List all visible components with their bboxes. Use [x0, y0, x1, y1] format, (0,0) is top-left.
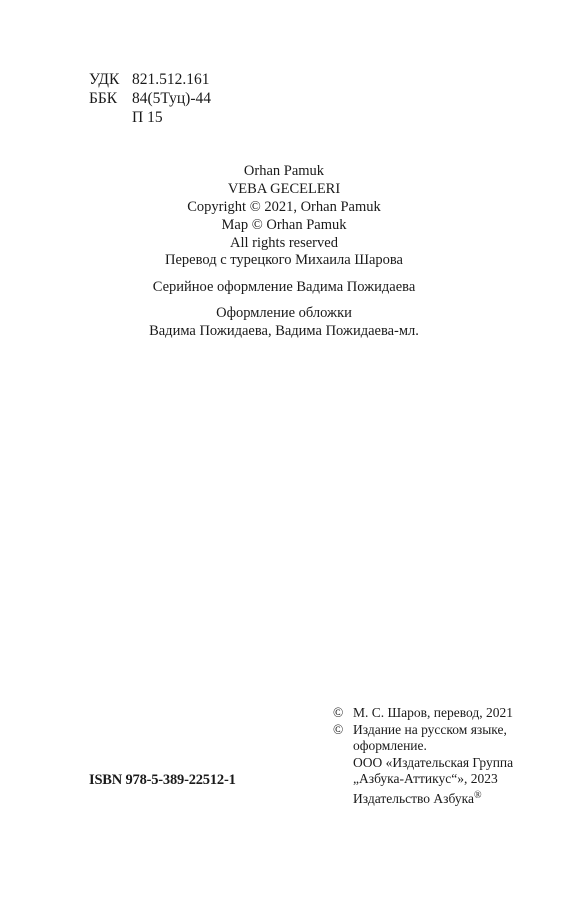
original-title: VEBA GECELERI	[0, 180, 568, 198]
publisher-imprint: Издательство Азбука®	[333, 788, 513, 808]
bbk-label: ББК	[89, 89, 132, 108]
copyright-translation-text: М. С. Шаров, перевод, 2021	[353, 705, 513, 722]
author-mark-row: П 15	[89, 108, 211, 127]
cover-design-title: Оформление обложки	[0, 304, 568, 322]
translation-credit: Перевод с турецкого Михаила Шарова	[0, 251, 568, 269]
author-mark: П 15	[132, 108, 163, 127]
series-design-credit: Серийное оформление Вадима Пожидаева	[0, 278, 568, 296]
publisher-group: ООО «Издательская Группа	[333, 755, 513, 772]
registered-trademark-icon: ®	[474, 790, 482, 801]
original-author: Orhan Pamuk	[0, 162, 568, 180]
cover-design-credit: Оформление обложки Вадима Пожидаева, Вад…	[0, 304, 568, 340]
udk-label: УДК	[89, 70, 132, 89]
bbk-value: 84(5Туц)-44	[132, 89, 211, 108]
copyright-icon: ©	[333, 722, 353, 739]
udk-row: УДК 821.512.161	[89, 70, 211, 89]
map-copyright: Map © Orhan Pamuk	[0, 216, 568, 234]
copyright-edition: © Издание на русском языке,	[333, 722, 513, 739]
original-edition-info: Orhan Pamuk VEBA GECELERI Copyright © 20…	[0, 162, 568, 252]
copyright-block: © М. С. Шаров, перевод, 2021 © Издание н…	[333, 705, 513, 807]
original-copyright: Copyright © 2021, Orhan Pamuk	[0, 198, 568, 216]
udk-value: 821.512.161	[132, 70, 210, 89]
rights-reserved: All rights reserved	[0, 234, 568, 252]
publisher-group-year: „Азбука-Аттикус“», 2023	[333, 771, 513, 788]
bbk-row: ББК 84(5Туц)-44	[89, 89, 211, 108]
copyright-edition-text: Издание на русском языке,	[353, 722, 507, 739]
copyright-edition-cont: оформление.	[333, 738, 513, 755]
isbn: ISBN 978-5-389-22512-1	[89, 772, 236, 789]
copyright-icon: ©	[333, 705, 353, 722]
classification-block: УДК 821.512.161 ББК 84(5Туц)-44 П 15	[89, 70, 211, 127]
copyright-translation: © М. С. Шаров, перевод, 2021	[333, 705, 513, 722]
publisher-imprint-text: Издательство Азбука	[353, 791, 474, 806]
cover-design-names: Вадима Пожидаева, Вадима Пожидаева-мл.	[0, 322, 568, 340]
